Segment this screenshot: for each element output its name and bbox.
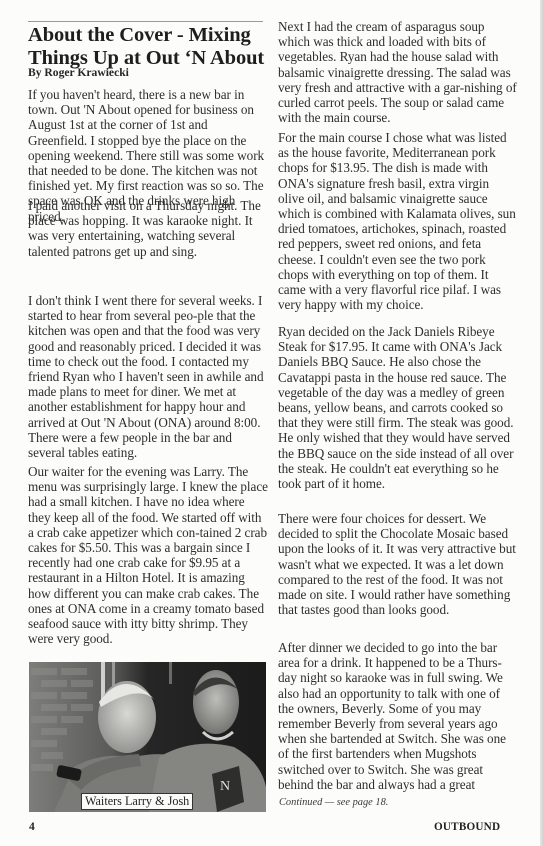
byline: By Roger Krawiecki [28,66,129,79]
publication-name: OUTBOUND [434,821,500,833]
svg-text:N: N [220,779,230,794]
page-number: 4 [29,821,35,833]
paragraph: I don't think I went there for several w… [28,293,268,460]
paragraph: Ryan decided on the Jack Daniels Ribeye … [278,324,518,491]
paragraph: After dinner we decided to go into the b… [278,640,518,792]
paragraph: Next I had the cream of asparagus soup w… [278,19,518,125]
article-title: About the Cover - Mixing Things Up at Ou… [28,24,268,69]
photo-caption: Waiters Larry & Josh [81,793,193,810]
photo-image: N [29,662,266,812]
paragraph: There were four choices for dessert. We … [278,511,518,617]
paragraph: For the main course I chose what was lis… [278,130,518,312]
paragraph: Our waiter for the evening was Larry. Th… [28,464,268,646]
continued-note: Continued — see page 18. [279,797,388,808]
waiters-photo: N [29,662,266,812]
paragraph: I paid another visit on a Thursday night… [28,198,268,259]
page-edge-shadow [540,0,544,846]
article-title-line-1: About the Cover - Mixing [28,24,251,46]
magazine-page: About the Cover - Mixing Things Up at Ou… [0,0,544,846]
header-rule [28,21,263,22]
